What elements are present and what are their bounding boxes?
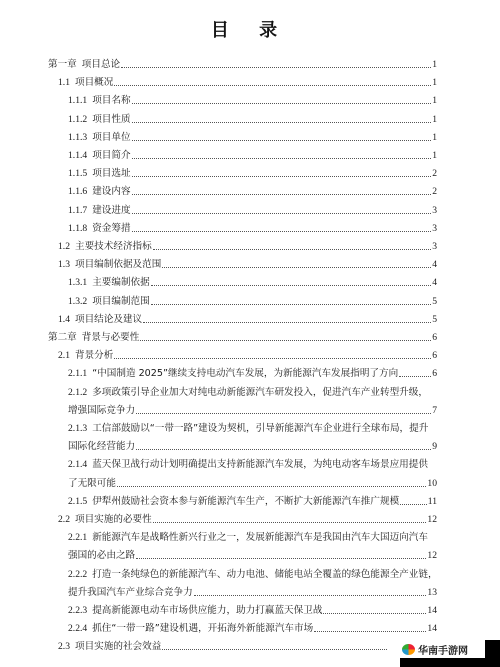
toc-title: 增强国际竞争力 <box>68 405 135 417</box>
toc-title: “中国制造 2025”继续支持电动汽车发展，为新能源汽车发展指明了方向 <box>92 368 398 380</box>
toc-page-number: 12 <box>427 550 437 562</box>
dot-leader <box>132 231 432 232</box>
toc-number: 2.1.3 <box>68 423 87 435</box>
watermark: 华南手游网 <box>400 640 500 667</box>
toc-entry[interactable]: 国际化经营能力9 <box>68 435 437 453</box>
toc-title: 项目名称 <box>92 95 130 107</box>
toc-title: 项目概况 <box>75 77 113 89</box>
toc-title: 建设内容 <box>92 186 130 198</box>
dot-leader <box>114 85 431 86</box>
toc-title: 项目选址 <box>92 168 130 180</box>
toc-title: 项目简介 <box>92 150 130 162</box>
dot-leader <box>117 486 426 487</box>
toc-title: 项目实施的社会效益 <box>75 641 161 653</box>
toc-page-number: 13 <box>427 587 437 599</box>
toc-number: 1.1 <box>58 77 70 89</box>
toc-entry[interactable]: 1.3.1主要编制依据4 <box>68 271 437 289</box>
dot-leader <box>140 340 431 341</box>
toc-number: 2.3 <box>58 641 70 653</box>
toc-title: 项目总论 <box>82 59 120 71</box>
toc-title: 提高新能源电动车市场供应能力，助力打赢蓝天保卫战 <box>92 605 322 617</box>
toc-entry[interactable]: 1.1.3项目单位1 <box>68 126 437 144</box>
toc-entry[interactable]: 2.1背景分析6 <box>58 344 437 362</box>
toc-page-number: 2 <box>432 186 437 198</box>
toc-title: 主要编制依据 <box>92 277 150 289</box>
toc-entry[interactable]: 1.1.7建设进度3 <box>68 199 437 217</box>
toc-page-number: 1 <box>432 77 437 89</box>
dot-leader <box>162 649 387 650</box>
toc-entry[interactable]: 2.2.3提高新能源电动车市场供应能力，助力打赢蓝天保卫战14 <box>68 599 437 617</box>
dot-leader <box>136 413 431 414</box>
dot-leader <box>132 213 432 214</box>
toc-title: 项目实施的必要性 <box>75 514 152 526</box>
toc-number: 1.3.1 <box>68 277 87 289</box>
toc-page-number: 1 <box>432 114 437 126</box>
toc-entry[interactable]: 2.1.4蓝天保卫战行动计划明确提出支持新能源汽车发展，为纯电动客车场景应用提供 <box>68 453 428 471</box>
toc-number: 2.2.1 <box>68 532 87 544</box>
toc-number: 1.1.3 <box>68 132 87 144</box>
dot-leader <box>400 504 427 505</box>
toc-page-number: 4 <box>432 277 437 289</box>
toc-page-number: 1 <box>432 150 437 162</box>
toc-page-number: 3 <box>432 205 437 217</box>
dot-leader <box>151 285 431 286</box>
toc-entry[interactable]: 1.1.1项目名称1 <box>68 89 437 107</box>
toc-entry[interactable]: 第一章项目总论1 <box>48 53 437 71</box>
toc-number: 1.3.2 <box>68 296 87 308</box>
toc-page-number: 2 <box>432 168 437 180</box>
dot-leader <box>399 376 431 377</box>
toc-title: 资金筹措 <box>92 223 130 235</box>
toc-entry[interactable]: 1.3.2项目编制范围5 <box>68 290 437 308</box>
toc-page-number: 3 <box>432 223 437 235</box>
toc-number: 1.1.8 <box>68 223 87 235</box>
dot-leader <box>132 140 432 141</box>
toc-number: 2.2.4 <box>68 623 87 635</box>
toc-page-number: 6 <box>432 332 437 344</box>
toc-title: 抓住“一带一路”建设机遇，开拓海外新能源汽车市场 <box>92 623 313 635</box>
dot-leader <box>132 122 432 123</box>
dot-leader <box>314 631 426 632</box>
toc-title: 主要技术经济指标 <box>75 241 152 253</box>
toc-number: 1.1.5 <box>68 168 87 180</box>
dot-leader <box>114 358 431 359</box>
toc-page-number: 7 <box>432 405 437 417</box>
watermark-text: 华南手游网 <box>418 642 468 657</box>
dot-leader <box>132 103 432 104</box>
toc-page-number: 6 <box>432 368 437 380</box>
toc-number: 第一章 <box>48 59 77 71</box>
toc-entry[interactable]: 1.1.2项目性质1 <box>68 108 437 126</box>
toc-entry[interactable]: 2.2项目实施的必要性12 <box>58 508 437 526</box>
dot-leader <box>136 558 426 559</box>
toc-page-number: 10 <box>427 478 437 490</box>
dot-leader <box>151 304 431 305</box>
dot-leader <box>132 158 432 159</box>
toc-title: 项目编制依据及范围 <box>75 259 161 271</box>
toc-number: 1.1.7 <box>68 205 87 217</box>
toc-title: 了无限可能 <box>68 478 116 490</box>
toc-page-number: 14 <box>427 605 437 617</box>
toc-entry[interactable]: 增强国际竞争力7 <box>68 399 437 417</box>
toc-entry[interactable]: 2.1.3工信部鼓励以“一带一路”建设为契机，引导新能源汽车企业进行全球布局，提… <box>68 417 428 435</box>
toc-page-number: 1 <box>432 59 437 71</box>
toc-title: 项目单位 <box>92 132 130 144</box>
toc-number: 2.2 <box>58 514 70 526</box>
toc-number: 1.1.1 <box>68 95 87 107</box>
toc-number: 2.1.5 <box>68 496 87 508</box>
toc-page-number: 3 <box>432 241 437 253</box>
toc-title: 蓝天保卫战行动计划明确提出支持新能源汽车发展，为纯电动客车场景应用提供 <box>92 459 428 471</box>
toc-title: 多项政策引导企业加大对纯电动新能源汽车研发投入，促进汽车产业转型升级， <box>92 387 428 399</box>
toc-page-number: 14 <box>427 623 437 635</box>
dot-leader <box>153 249 431 250</box>
toc-entry[interactable]: 1.2主要技术经济指标3 <box>58 235 437 253</box>
toc-title: 项目性质 <box>92 114 130 126</box>
toc-title: 提升我国汽车产业综合竞争力 <box>68 587 193 599</box>
toc-entry[interactable]: 1.1.8资金筹措3 <box>68 217 437 235</box>
dot-leader <box>132 194 432 195</box>
toc-entry[interactable]: 第二章背景与必要性6 <box>48 326 437 344</box>
toc-title: 新能源汽车是战略性新兴行业之一，发展新能源汽车是我国由汽车大国迈向汽车 <box>92 532 428 544</box>
toc-title: 背景分析 <box>75 350 113 362</box>
toc-entry[interactable]: 2.1.2多项政策引导企业加大对纯电动新能源汽车研发投入，促进汽车产业转型升级， <box>68 381 428 399</box>
dot-leader <box>162 267 431 268</box>
toc-number: 1.4 <box>58 314 70 326</box>
toc-number: 2.1 <box>58 350 70 362</box>
dot-leader <box>121 67 431 68</box>
toc-title: 强国的必由之路 <box>68 550 135 562</box>
dot-leader <box>132 176 432 177</box>
toc-page-number: 5 <box>432 296 437 308</box>
toc-title: 建设进度 <box>92 205 130 217</box>
toc-entry[interactable]: 了无限可能10 <box>68 472 437 490</box>
toc-entry[interactable]: 1.3项目编制依据及范围4 <box>58 253 437 271</box>
toc-entry[interactable]: 2.3项目实施的社会效益 <box>58 635 437 653</box>
toc-entry[interactable]: 1.1.5项目选址2 <box>68 162 437 180</box>
toc-number: 1.3 <box>58 259 70 271</box>
page-title: 目 录 <box>0 16 500 42</box>
toc-entry[interactable]: 2.2.1新能源汽车是战略性新兴行业之一，发展新能源汽车是我国由汽车大国迈向汽车 <box>68 526 428 544</box>
toc-number: 2.1.4 <box>68 459 87 471</box>
toc-title: 国际化经营能力 <box>68 441 135 453</box>
toc-title: 项目编制范围 <box>92 296 150 308</box>
toc-page-number: 6 <box>432 350 437 362</box>
toc-title: 背景与必要性 <box>82 332 140 344</box>
toc-number: 1.1.6 <box>68 186 87 198</box>
toc-entry[interactable]: 1.1.4项目简介1 <box>68 144 437 162</box>
toc-page-number: 4 <box>432 259 437 271</box>
toc-number: 1.1.2 <box>68 114 87 126</box>
toc-page-number: 12 <box>427 514 437 526</box>
toc-number: 2.2.3 <box>68 605 87 617</box>
toc-page-number: 11 <box>428 496 437 508</box>
logo-icon <box>402 644 415 655</box>
dot-leader <box>143 322 431 323</box>
toc-entry[interactable]: 强国的必由之路12 <box>68 544 437 562</box>
dot-leader <box>153 522 427 523</box>
toc-page-number: 9 <box>432 441 437 453</box>
toc-number: 1.1.4 <box>68 150 87 162</box>
toc-entry[interactable]: 2.2.2打造一条纯绿色的新能源汽车、动力电池、储能电站全覆盖的绿色能源全产业链… <box>68 563 438 581</box>
toc-title: 伊犁州鼓励社会资本参与新能源汽车生产，不断扩大新能源汽车推广规模 <box>92 496 399 508</box>
toc-entry[interactable]: 1.4项目结论及建议5 <box>58 308 437 326</box>
toc-entry[interactable]: 1.1项目概况1 <box>58 71 437 89</box>
toc-title: 工信部鼓励以“一带一路”建设为契机，引导新能源汽车企业进行全球布局，提升 <box>92 423 428 435</box>
toc-number: 1.2 <box>58 241 70 253</box>
toc-number: 2.1.2 <box>68 387 87 399</box>
toc-number: 2.1.1 <box>68 368 87 380</box>
toc-number: 2.2.2 <box>68 569 87 581</box>
toc-page-number: 1 <box>432 95 437 107</box>
toc-title: 项目结论及建议 <box>75 314 142 326</box>
dot-leader <box>194 595 427 596</box>
dot-leader <box>323 613 426 614</box>
toc-page-number: 5 <box>432 314 437 326</box>
toc-number: 第二章 <box>48 332 77 344</box>
toc-title: 打造一条纯绿色的新能源汽车、动力电池、储能电站全覆盖的绿色能源全产业链， <box>92 569 437 581</box>
toc-entry[interactable]: 1.1.6建设内容2 <box>68 180 437 198</box>
toc-entry[interactable]: 2.1.1“中国制造 2025”继续支持电动汽车发展，为新能源汽车发展指明了方向… <box>68 362 437 380</box>
toc-page-number: 1 <box>432 132 437 144</box>
toc-entry[interactable]: 提升我国汽车产业综合竞争力13 <box>68 581 437 599</box>
toc-entry[interactable]: 2.2.4抓住“一带一路”建设机遇，开拓海外新能源汽车市场14 <box>68 617 437 635</box>
toc-entry[interactable]: 2.1.5伊犁州鼓励社会资本参与新能源汽车生产，不断扩大新能源汽车推广规模11 <box>68 490 437 508</box>
dot-leader <box>136 449 431 450</box>
